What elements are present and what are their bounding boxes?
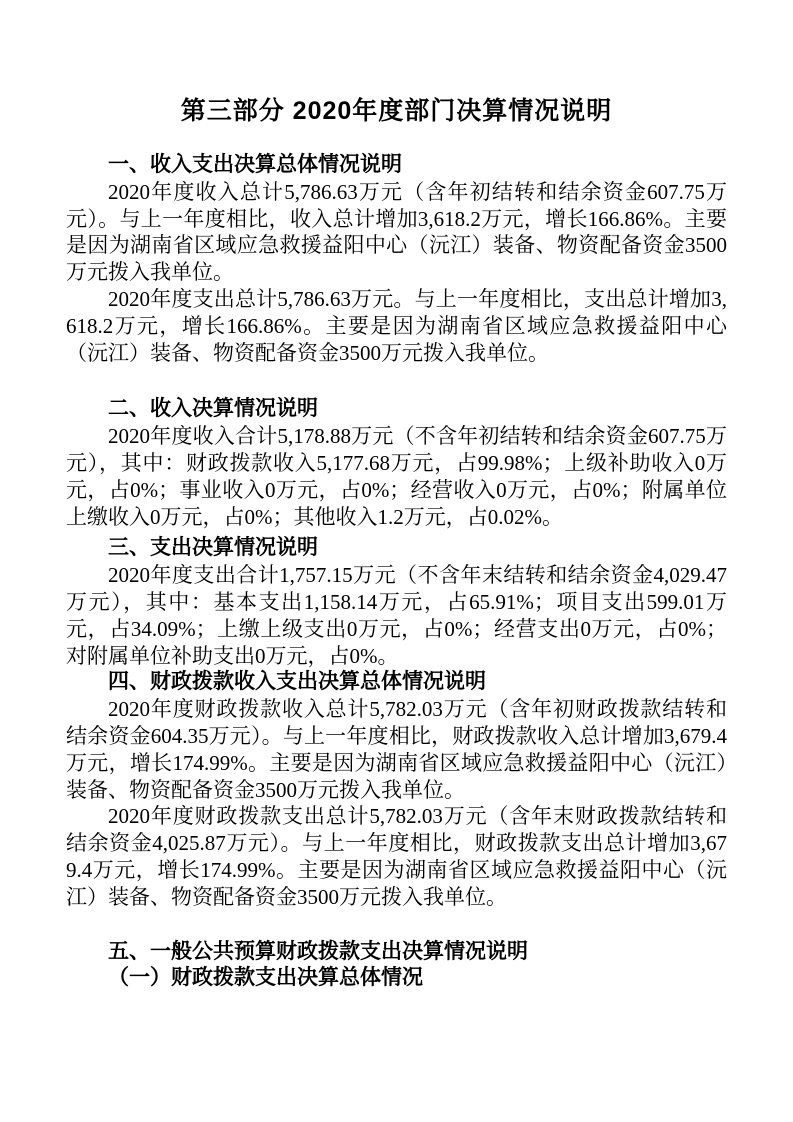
section-5-subheading: （一）财政拨款支出决算总体情况 — [66, 965, 727, 992]
section-5-heading: 五、一般公共预算财政拨款支出决算情况说明 — [66, 939, 727, 966]
section-expenditure-settlement: 三、支出决算情况说明 2020年度支出合计1,757.15万元（不含年末结转和结… — [66, 535, 727, 669]
section-income-expenditure-overview: 一、收入支出决算总体情况说明 2020年度收入总计5,786.63万元（含年初结… — [66, 152, 727, 366]
section-4-heading: 四、财政拨款收入支出决算总体情况说明 — [66, 669, 727, 696]
document-page: 第三部分 2020年度部门决算情况说明 一、收入支出决算总体情况说明 2020年… — [0, 0, 793, 1122]
section-4-paragraph-1: 2020年度财政拨款收入总计5,782.03万元（含年初财政拨款结转和结余资金6… — [66, 696, 727, 803]
page-title: 第三部分 2020年度部门决算情况说明 — [66, 96, 727, 126]
section-2-paragraph-1: 2020年度收入合计5,178.88万元（不含年初结转和结余资金607.75万元… — [66, 423, 727, 530]
section-4-paragraph-2: 2020年度财政拨款支出总计5,782.03万元（含年末财政拨款结转和结余资金4… — [66, 803, 727, 910]
section-income-settlement: 二、收入决算情况说明 2020年度收入合计5,178.88万元（不含年初结转和结… — [66, 396, 727, 530]
section-fiscal-appropriation-overview: 四、财政拨款收入支出决算总体情况说明 2020年度财政拨款收入总计5,782.0… — [66, 669, 727, 910]
section-1-heading: 一、收入支出决算总体情况说明 — [66, 152, 727, 179]
section-general-public-budget-expenditure: 五、一般公共预算财政拨款支出决算情况说明 （一）财政拨款支出决算总体情况 — [66, 939, 727, 993]
section-3-heading: 三、支出决算情况说明 — [66, 535, 727, 562]
section-1-paragraph-1: 2020年度收入总计5,786.63万元（含年初结转和结余资金607.75万元）… — [66, 179, 727, 286]
section-1-paragraph-2: 2020年度支出总计5,786.63万元。与上一年度相比，支出总计增加3,618… — [66, 286, 727, 366]
section-3-paragraph-1: 2020年度支出合计1,757.15万元（不含年末结转和结余资金4,029.47… — [66, 562, 727, 669]
section-2-heading: 二、收入决算情况说明 — [66, 396, 727, 423]
